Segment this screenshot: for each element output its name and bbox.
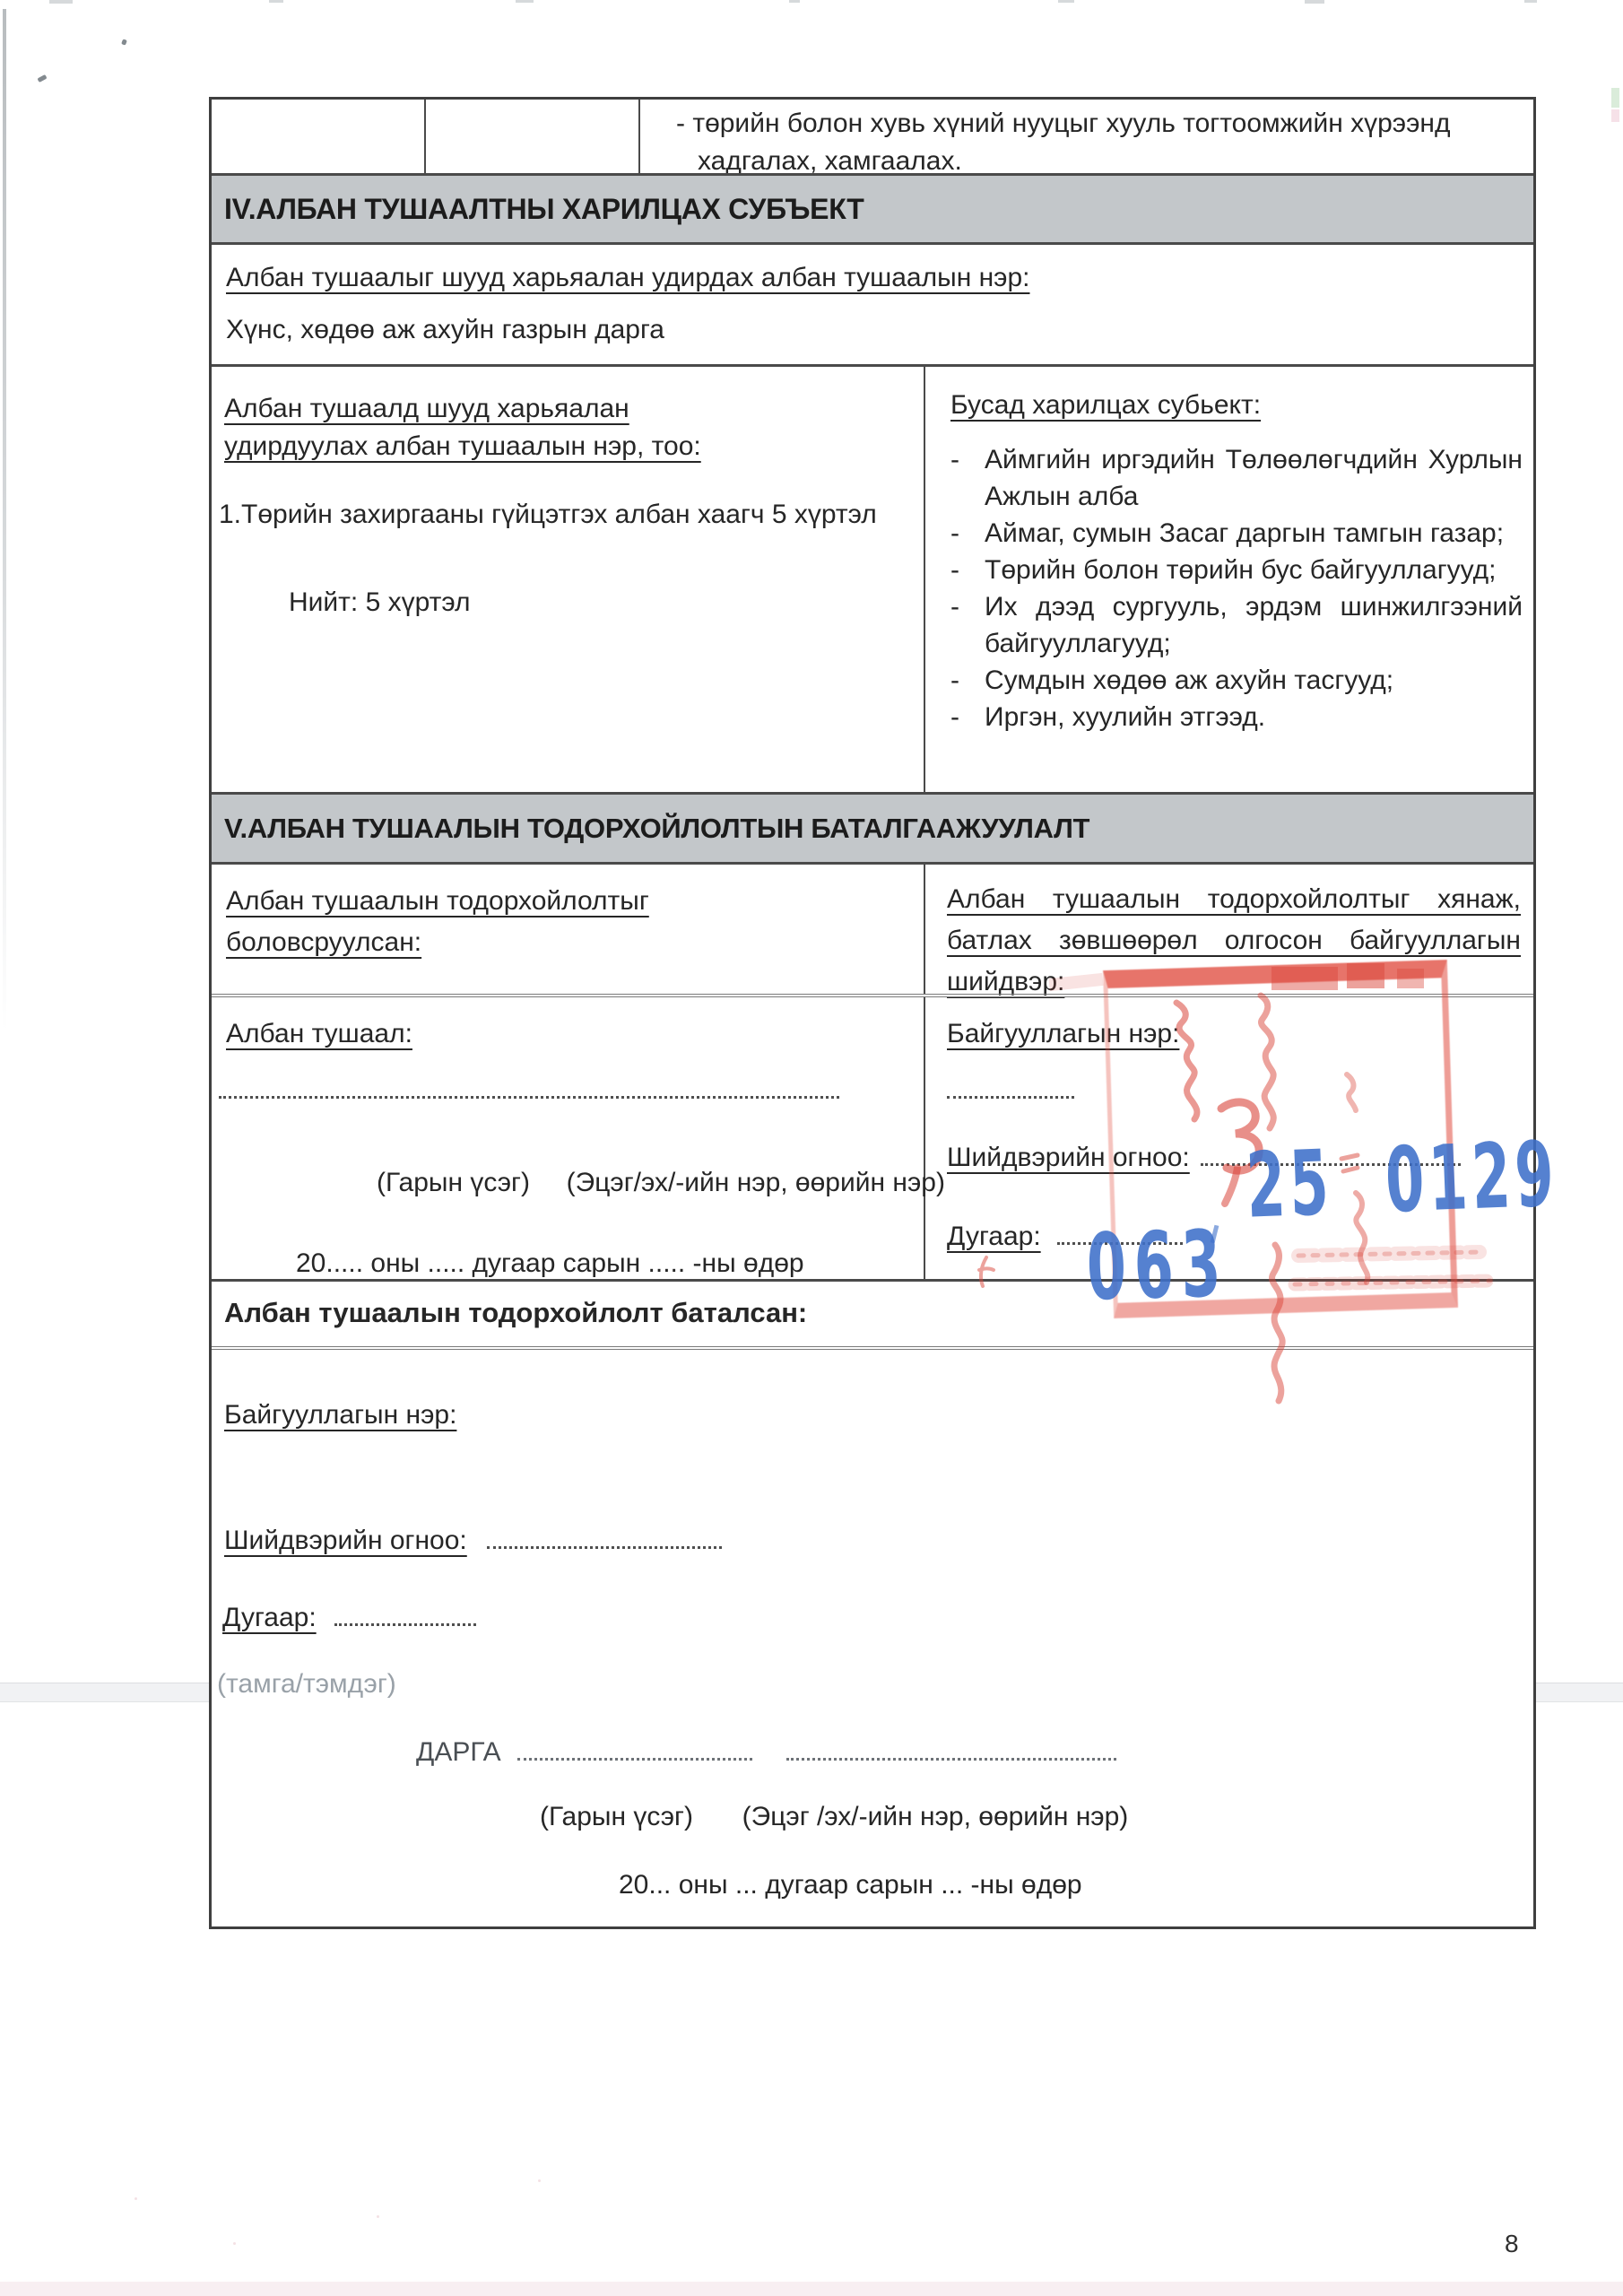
number-label: Дугаар: [947, 1222, 1041, 1251]
list-item: - Төрийн болон төрийн бус байгууллагууд; [950, 552, 1533, 588]
other-subjects-label: Бусад харилцах субьект: [950, 387, 1533, 423]
decision-date-line: Шийдвэрийн огноо: [947, 1139, 1461, 1177]
list-item: - Их дээд сургууль, эрдэм шинжилгээний б… [950, 588, 1533, 662]
scan-bottom-tint [0, 2282, 1623, 2296]
date-blank-line: 20..... оны ..... дугаар сарын ..... -ны… [296, 1245, 804, 1283]
list-item-text: Аймгийн иргэдийн Төлөөлөгчдийн Хурлын Аж… [985, 441, 1523, 515]
list-item: - Иргэн, хуулийн этгээд. [950, 699, 1533, 735]
supervisor-label: Албан тушаалыг шууд харьяалан удирдах ал… [226, 259, 1533, 297]
name-note: (Эцэг /эх/-ийн нэр, өөрийн нэр) [742, 1802, 1129, 1831]
scan-left-edge-artifact [3, 9, 6, 1031]
other-subjects-cell: Бусад харилцах субьект: - Аймгийн иргэди… [925, 367, 1533, 792]
list-item: - Сумдын хөдөө аж ахуйн тасгууд; [950, 662, 1533, 699]
scan-speck [1524, 0, 1537, 3]
scan-speck [49, 0, 73, 4]
relations-row: Албан тушаалд шууд харьяалан удирдуулах … [212, 364, 1533, 792]
name-note: (Эцэг/эх/-ийн нэр, өөрийн нэр) [567, 1168, 945, 1197]
signature-row: Албан тушаал: (Гарын үсэг) (Эцэг/эх/-ийн… [212, 994, 1533, 1279]
scan-speck [377, 2215, 379, 2218]
director-line: ДАРГА [416, 1734, 1116, 1771]
seal-note: (тамга/тэмдэг) [217, 1665, 396, 1703]
approval-block: Байгууллагын нэр: Шийдвэрийн огноо: Дуга… [212, 1346, 1533, 1926]
signature-note: (Гарын үсэг) [377, 1168, 530, 1197]
scan-speck [121, 39, 127, 45]
list-item: - Аймгийн иргэдийн Төлөөлөгчдийн Хурлын … [950, 441, 1533, 515]
scan-speck [1305, 0, 1324, 4]
subordinates-label: Албан тушаалд шууд харьяалан удирдуулах … [224, 390, 780, 465]
blank-dotted-line [947, 1073, 1074, 1099]
signature-note: (Гарын үсэг) [540, 1802, 693, 1831]
section-iv-header: IV.АЛБАН ТУШААЛТНЫ ХАРИЛЦАХ СУБЪЕКТ [212, 173, 1533, 242]
subordinates-cell: Албан тушаалд шууд харьяалан удирдуулах … [212, 367, 925, 792]
continuation-row: - төрийн болон хувь хүний нууцыг хууль т… [212, 100, 1533, 173]
section-v-header: V.АЛБАН ТУШААЛЫН ТОДОРХОЙЛОЛТЫН БАТАЛГАА… [212, 792, 1533, 862]
scanned-document-page: - төрийн болон хувь хүний нууцыг хууль т… [0, 0, 1623, 2296]
scan-speck [789, 0, 800, 3]
org-name-label: Байгууллагын нэр: [947, 1015, 1179, 1053]
bullet-dash: - [950, 515, 985, 552]
approval-date-blank-line: 20... оны ... дугаар сарын ... -ны өдөр [619, 1866, 1082, 1904]
approval-signature-line: (Гарын үсэг) (Эцэг /эх/-ийн нэр, өөрийн … [540, 1798, 1128, 1836]
supervisor-value: Хүнс, хөдөө аж ахуйн газрын дарга [226, 311, 1533, 349]
decision-date-label: Шийдвэрийн огноо: [947, 1143, 1190, 1172]
bullet-dash: - [950, 699, 985, 735]
scan-right-edge-mark [1611, 88, 1619, 108]
list-item-text: Төрийн болон төрийн бус байгууллагууд; [985, 552, 1523, 588]
director-label: ДАРГА [416, 1737, 501, 1767]
scan-speck [269, 0, 283, 3]
bullet-dash: - [950, 662, 985, 699]
subordinates-total: Нийт: 5 хүртэл [289, 584, 924, 622]
bullet-dash: - [950, 552, 985, 588]
job-description-form-table: - төрийн болон хувь хүний нууцыг хууль т… [209, 97, 1536, 1929]
approval-number-line: Дугаар: [222, 1599, 476, 1637]
list-item: - Аймаг, сумын Засаг даргын тамгын газар… [950, 515, 1533, 552]
page-number: 8 [1505, 2230, 1519, 2258]
empty-cell [212, 100, 426, 173]
approval-org-label: Байгууллагын нэр: [224, 1396, 456, 1434]
scan-speck [538, 2179, 541, 2182]
supervisor-row: Албан тушаалыг шууд харьяалан удирдах ал… [212, 242, 1533, 364]
bullet-dash: - [950, 588, 985, 662]
continuation-bullet-text: - төрийн болон хувь хүний нууцыг хууль т… [658, 105, 1521, 180]
signature-note-line: (Гарын үсэг) (Эцэг/эх/-ийн нэр, өөрийн н… [377, 1164, 945, 1202]
number-line: Дугаар: [947, 1218, 1183, 1256]
scan-speck [135, 2197, 137, 2200]
list-item-text: Сумдын хөдөө аж ахуйн тасгууд; [985, 662, 1523, 699]
review-decision-label: Албан тушаалын тодорхойлолтыг хянаж, бат… [947, 879, 1521, 1003]
developed-by-label: Албан тушаалын тодорхойлолтыг боловсруул… [226, 881, 782, 963]
list-item-text: Их дээд сургууль, эрдэм шинжилгээний бай… [985, 588, 1523, 662]
approval-decision-date-line: Шийдвэрийн огноо: [224, 1522, 722, 1560]
list-item-text: Иргэн, хуулийн этгээд. [985, 699, 1523, 735]
scan-speck [37, 74, 47, 83]
position-label: Албан тушаал: [226, 1015, 412, 1053]
scan-speck [516, 0, 534, 3]
scan-right-edge-mark [1611, 109, 1619, 122]
approval-decision-date-label: Шийдвэрийн огноо: [224, 1526, 467, 1555]
certification-headings-row: Албан тушаалын тодорхойлолтыг боловсруул… [212, 862, 1533, 994]
scan-speck [233, 2242, 236, 2245]
empty-cell [426, 100, 640, 173]
scan-speck [1058, 0, 1074, 3]
approval-number-label: Дугаар: [222, 1603, 317, 1632]
subordinates-item: 1.Төрийн захиргааны гүйцэтгэх албан хааг… [219, 496, 887, 534]
list-item-text: Аймаг, сумын Засаг даргын тамгын газар; [985, 515, 1523, 552]
bullet-dash: - [950, 441, 985, 515]
blank-dotted-line [219, 1073, 839, 1099]
approval-title: Албан тушаалын тодорхойлолт баталсан: [212, 1279, 1533, 1346]
